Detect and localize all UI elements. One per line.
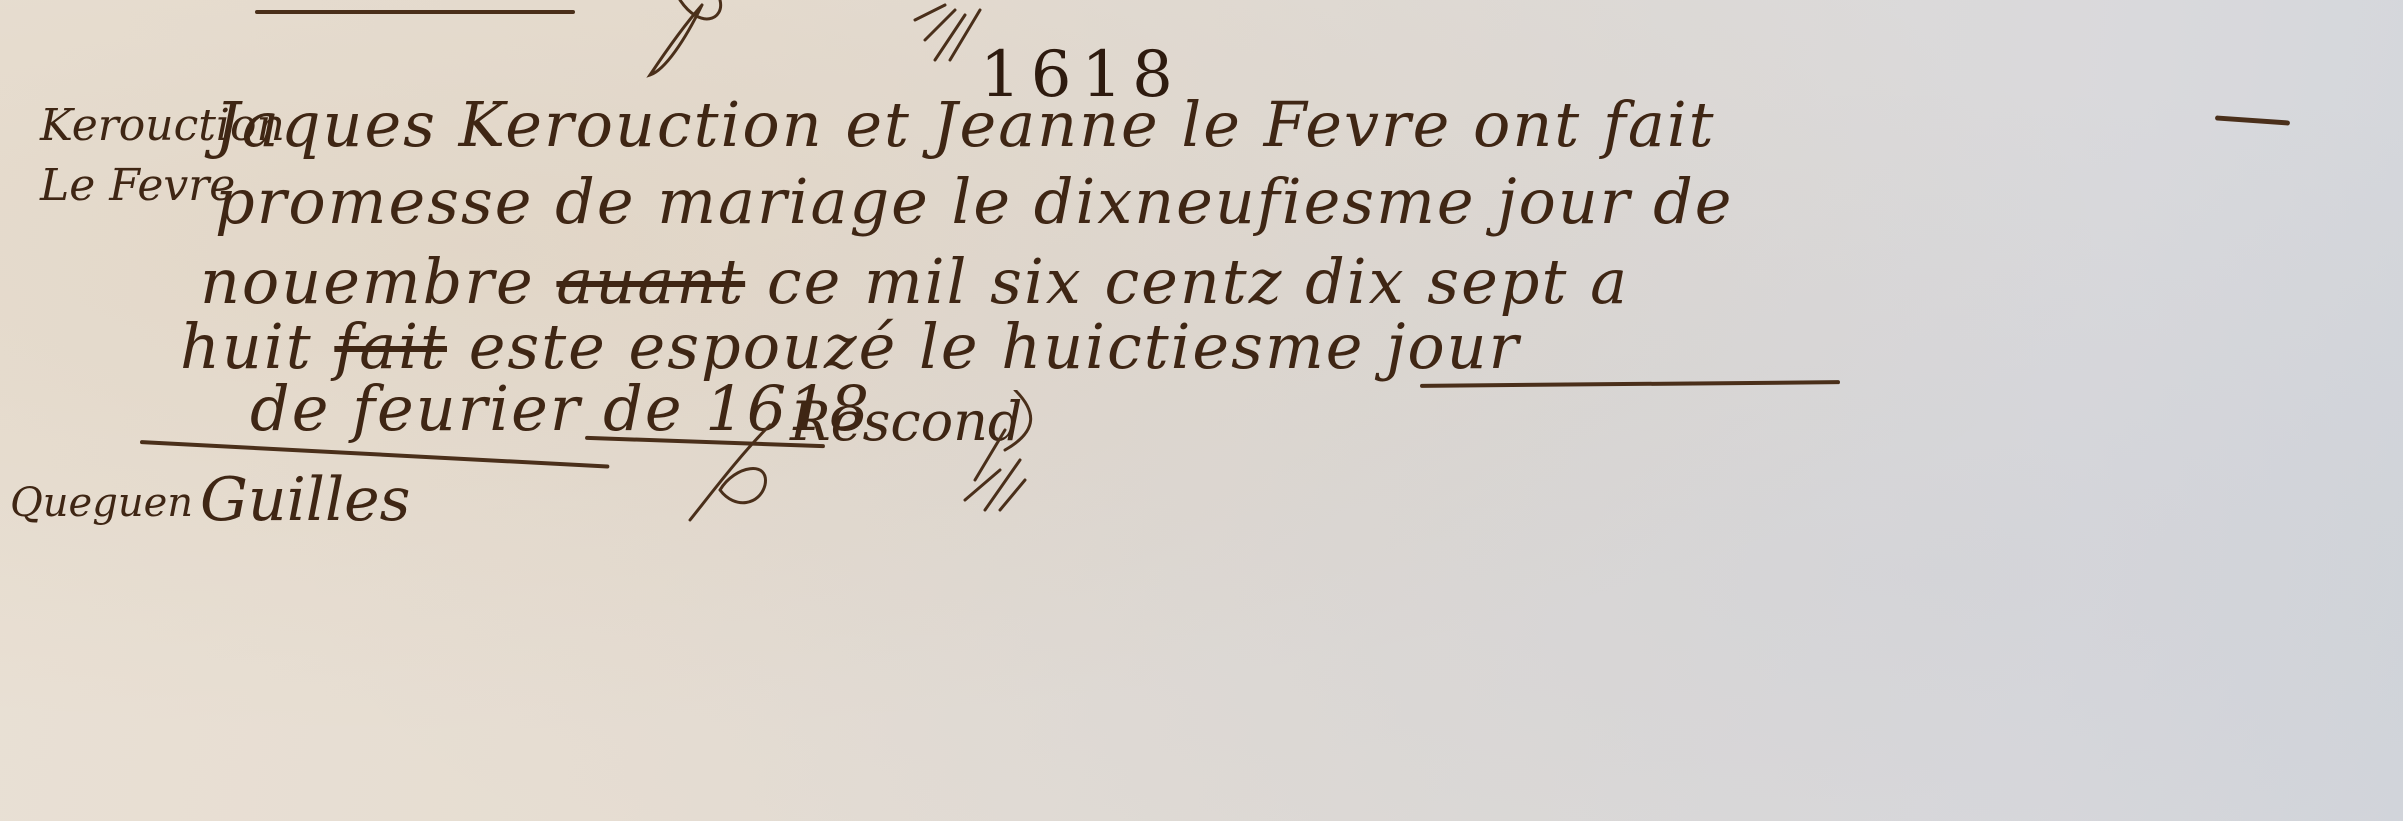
record-line-3: nouembre auant ce mil six centz dix sept… [200, 245, 1629, 318]
signature-queguen: Queguen [10, 480, 193, 526]
line-1-filler-dash [2215, 115, 2290, 125]
signature-guilles: Guilles [200, 465, 410, 535]
record-line-3-start: nouembre [200, 245, 535, 318]
struck-word: auant [556, 245, 745, 318]
record-line-3-rest: ce mil six centz dix sept a [767, 245, 1629, 318]
paraph-top-left-icon [640, 0, 760, 80]
paraph-bottom-left-icon [680, 415, 800, 525]
record-line-2: promesse de mariage le dixneufiesme jour… [215, 165, 1733, 238]
top-divider-rule [255, 10, 575, 14]
record-line-1: Jaques Kerouction et Jeanne le Fevre ont… [215, 88, 1716, 161]
margin-note-surname-2: Le Fevre [40, 160, 235, 211]
paraph-bottom-right-icon [945, 390, 1065, 520]
